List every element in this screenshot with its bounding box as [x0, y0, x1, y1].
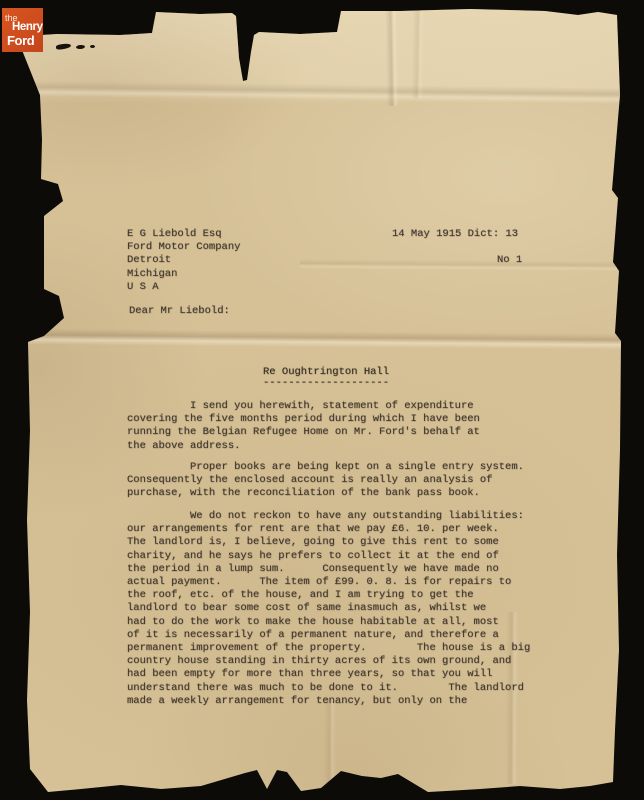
paper-crease-vertical-top: [385, 10, 399, 106]
page-number: No 1: [497, 254, 522, 267]
salutation: Dear Mr Liebold:: [129, 305, 230, 318]
letter-paragraph-1: I send you herewith, statement of expend…: [127, 400, 480, 453]
scan-background: E G Liebold Esq Ford Motor Company Detro…: [0, 0, 644, 800]
paper-hole-mark: [76, 45, 85, 50]
paper-hole-mark: [90, 45, 95, 48]
paper-crease-horizontal-top: [18, 80, 622, 103]
logo-word-henry: Henry: [12, 21, 43, 33]
recipient-address: E G Liebold Esq Ford Motor Company Detro…: [127, 228, 240, 294]
paper-crease-horizontal-upper-right: [300, 259, 620, 271]
letter-paragraph-3: We do not reckon to have any outstanding…: [127, 510, 530, 708]
henry-ford-logo: the Henry Ford: [2, 8, 43, 52]
subject-underline: --------------------: [263, 377, 389, 390]
date-line: 14 May 1915 Dict: 13: [392, 228, 518, 241]
paper-crease-vertical-bottom-center: [324, 698, 336, 792]
paper-hole-mark: [56, 43, 72, 50]
logo-word-ford: Ford: [7, 33, 34, 48]
paper-crease-horizontal-middle: [18, 328, 622, 349]
paper-crease-vertical-top-2: [411, 10, 425, 98]
letter-paper: E G Liebold Esq Ford Motor Company Detro…: [0, 0, 644, 800]
letter-paragraph-2: Proper books are being kept on a single …: [127, 461, 524, 501]
